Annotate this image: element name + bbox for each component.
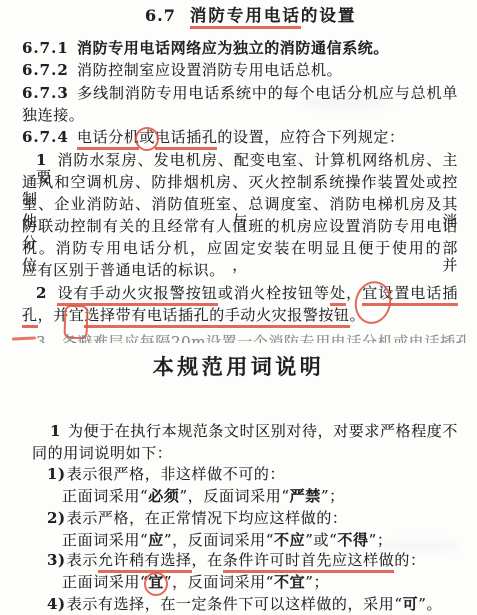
list-text: 的： bbox=[394, 551, 425, 569]
list-text: 表示 bbox=[67, 551, 98, 569]
document-page: 6.7消防专用电话的设置 6.7.1消防专用电话网络应为独立的消防通信系统。 6… bbox=[0, 0, 477, 615]
section-number: 6.7 bbox=[145, 6, 176, 25]
item-1-line6: 应有区别于普通电话的标识。 bbox=[22, 262, 225, 279]
paragraph-text: 同的用词说明如下： bbox=[32, 444, 172, 462]
list-text: 正面词采用“ bbox=[62, 531, 148, 549]
clause-6-7-1: 6.7.1消防专用电话网络应为独立的消防通信系统。 bbox=[22, 40, 389, 57]
clipped-text: 3 各避难层应每隔20m设置一个消防专用电话分机或电话插孔。 bbox=[36, 333, 468, 343]
item-2-line1: 2设有手动火灾报警按钮或消火栓按钮等处，宜设置电话插 bbox=[36, 285, 458, 306]
list-number: 3) bbox=[47, 551, 66, 569]
list-text: ”，反面词采用“ bbox=[164, 573, 274, 591]
clause-6-7-4: 6.7.4电话分机或电话插孔的设置，应符合下列规定： bbox=[22, 129, 405, 146]
clause-6-7-2: 6.7.2消防控制室应设置消防专用电话总机。 bbox=[22, 62, 342, 79]
item-text: 应有区别于普通电话的标识。 bbox=[22, 261, 225, 279]
clause-6-7-3-line2: 独连接。 bbox=[22, 107, 84, 124]
wording-section-title: 本规范用词说明 bbox=[0, 351, 477, 381]
wording-item-2-body: 正面词采用“应”，反面词采用“不应”或“不得”； bbox=[62, 532, 392, 549]
clause-text: 多线制消防专用电话系统中的每个电话分机应与总机单 bbox=[77, 84, 458, 102]
keyword-ying: 应 bbox=[148, 531, 164, 549]
list-text: ”，反面词采用“ bbox=[179, 487, 289, 505]
red-dash-annotation bbox=[12, 336, 36, 340]
list-text: 正面词采用“ bbox=[62, 573, 148, 591]
marked-word-yi: 宜 bbox=[362, 284, 378, 302]
clause-6-7-3-line1: 6.7.3多线制消防专用电话系统中的每个电话分机应与总机单 bbox=[22, 85, 458, 102]
wording-item-1-head: 1)表示很严格，非这样做不可的： bbox=[47, 466, 285, 483]
keyword-ke: 可 bbox=[403, 595, 419, 613]
marked-text: 处 bbox=[330, 284, 346, 306]
list-text: 正面词采用“ bbox=[62, 487, 148, 505]
red-circle-annotation: 宜 bbox=[362, 285, 378, 306]
red-circle-annotation: 或 bbox=[139, 129, 155, 146]
clause-text: 独连接。 bbox=[22, 106, 84, 124]
list-text: ”； bbox=[305, 573, 329, 591]
item-text: ，并 bbox=[38, 306, 69, 324]
marked-text: 设置电话插 bbox=[378, 284, 458, 306]
wording-item-3-head: 3)表示允许稍有选择，在条件许可时首先应这样做的： bbox=[47, 552, 426, 569]
wording-item-2-head: 2)表示严格，在正常情况下均应这样做的： bbox=[47, 510, 348, 527]
list-text: 表示严格，在正常情况下均应这样做的： bbox=[67, 509, 348, 527]
paragraph-text: 为便于在执行本规范条文时区别对待，对要求严格程度不 bbox=[68, 422, 458, 440]
section-title-marked: 消防专用电话 bbox=[190, 6, 301, 29]
wording-item-3-body: 正面词采用“宜”，反面词采用“不宜”； bbox=[62, 574, 329, 591]
clause-number: 6.7.3 bbox=[22, 85, 77, 102]
list-number: 2) bbox=[47, 509, 66, 527]
item-text: ， bbox=[346, 284, 362, 302]
keyword-bude: 不得 bbox=[337, 531, 368, 549]
red-box-annotation: 宜 bbox=[69, 307, 85, 324]
item-2-line2: 孔，并宜选择带有电话插孔的手动火灾报警按钮。 bbox=[22, 307, 365, 324]
paragraph-number: 1 bbox=[50, 423, 68, 440]
wording-intro-line2: 同的用词说明如下： bbox=[32, 445, 172, 462]
marked-word-or: 或 bbox=[139, 128, 155, 146]
section-title-rest: 的设置 bbox=[301, 6, 357, 25]
clause-number: 6.7.1 bbox=[22, 40, 77, 57]
marked-word-yi: 宜 bbox=[69, 306, 85, 324]
marked-text: 条件许可时首先应这样做 bbox=[223, 551, 395, 573]
marked-text-extension: 电话分机 bbox=[77, 128, 139, 150]
item-number: 1 bbox=[36, 152, 57, 169]
marked-text: 设有手动火灾报警按钮 bbox=[57, 284, 218, 306]
clause-text: 消防专用电话网络应为独立的消防通信系统。 bbox=[77, 39, 389, 57]
section-heading: 6.7消防专用电话的设置 bbox=[145, 7, 356, 25]
list-number: 4) bbox=[47, 595, 66, 613]
list-text: ”。 bbox=[418, 595, 442, 613]
clause-number: 6.7.4 bbox=[22, 129, 77, 146]
keyword-bixu: 必须 bbox=[148, 487, 179, 505]
clause-text: 的设置，应符合下列规定： bbox=[217, 128, 404, 146]
marked-text: 选择带有电话插孔的手动火灾报警按钮 bbox=[84, 306, 349, 328]
marked-text: 允许稍有选择 bbox=[98, 551, 192, 573]
list-text: ”，反面词采用“ bbox=[164, 531, 274, 549]
list-text: 表示有选择，在一定条件下可以这样做的，采用“ bbox=[67, 595, 403, 613]
list-text: ”或“ bbox=[305, 531, 337, 549]
wording-item-4: 4)表示有选择，在一定条件下可以这样做的，采用“可”。 bbox=[47, 596, 442, 613]
list-text: ”； bbox=[321, 487, 345, 505]
keyword-yanjin: 严禁 bbox=[290, 487, 321, 505]
red-circle-annotation: 宜 bbox=[148, 574, 164, 591]
keyword-buyi: 不宜 bbox=[274, 573, 305, 591]
list-text: ”； bbox=[369, 531, 393, 549]
marked-text: 孔 bbox=[22, 306, 38, 328]
marked-text-jack: 电话插孔 bbox=[155, 128, 217, 150]
keyword-yi: 宜 bbox=[148, 573, 164, 591]
clause-number: 6.7.2 bbox=[22, 62, 77, 79]
item-text: 。 bbox=[350, 306, 366, 324]
clipped-next-line: 3 各避难层应每隔20m设置一个消防专用电话分机或电话插孔。 bbox=[36, 332, 468, 343]
wording-item-1-body: 正面词采用“必须”，反面词采用“严禁”； bbox=[62, 488, 345, 505]
clause-text: 消防控制室应设置消防专用电话总机。 bbox=[77, 61, 342, 79]
keyword-buying: 不应 bbox=[274, 531, 305, 549]
list-number: 1) bbox=[47, 465, 66, 483]
list-text: ，在 bbox=[192, 551, 223, 569]
item-text: 或消火栓按钮等 bbox=[218, 284, 330, 302]
item-number: 2 bbox=[36, 285, 57, 302]
wording-intro-line1: 1为便于在执行本规范条文时区别对待，对要求严格程度不 bbox=[50, 423, 458, 440]
list-text: 表示很严格，非这样做不可的： bbox=[67, 465, 285, 483]
